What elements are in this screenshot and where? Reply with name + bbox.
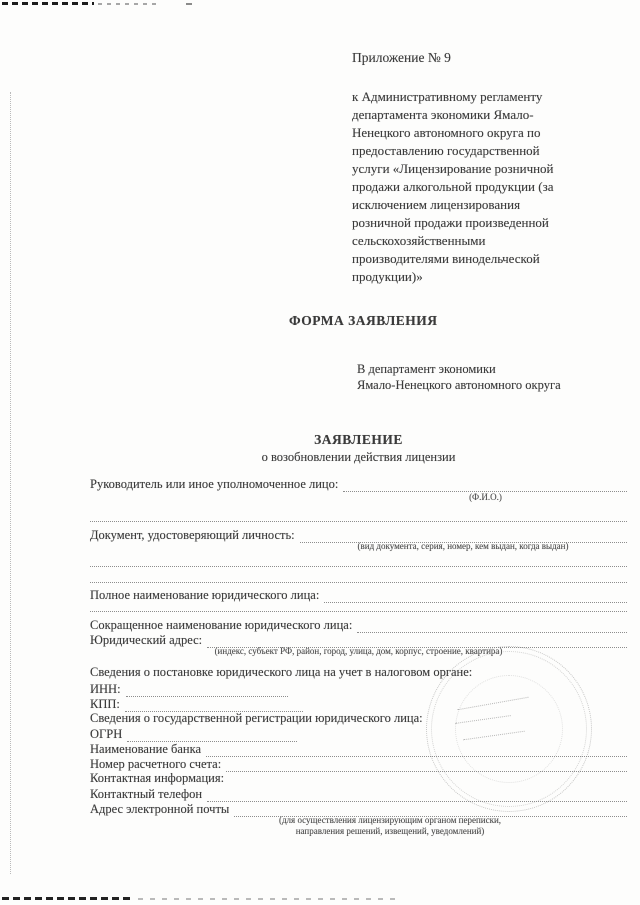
field-row-head: Руководитель или иное уполномоченное лиц… xyxy=(90,476,627,492)
addressee-block: В департамент экономики Ямало-Ненецкого … xyxy=(357,361,561,393)
head-field-label: Руководитель или иное уполномоченное лиц… xyxy=(90,477,343,492)
field-row-ogrn: ОГРН xyxy=(90,726,627,742)
head-field-blank xyxy=(343,477,627,492)
kpp-blank xyxy=(125,697,303,712)
phone-blank xyxy=(207,787,627,802)
head-field-continuation-line xyxy=(90,521,627,522)
kpp-label: КПП: xyxy=(90,697,125,712)
scan-artifact-top xyxy=(2,2,94,5)
bank-name-label: Наименование банка xyxy=(90,742,206,757)
ogrn-label: ОГРН xyxy=(90,727,127,742)
appendix-number-label: Приложение № 9 xyxy=(352,50,451,66)
field-row-phone: Контактный телефон xyxy=(90,786,627,802)
email-caption: (для осуществления лицензирующим органом… xyxy=(240,815,540,837)
identity-doc-caption: (вид документа, серия, номер, кем выдан,… xyxy=(300,541,626,552)
email-label: Адрес электронной почты xyxy=(90,802,234,817)
full-name-continuation-line xyxy=(90,611,627,612)
full-name-blank xyxy=(324,588,627,603)
account-number-blank xyxy=(226,757,627,772)
scan-artifact-top-dot xyxy=(186,3,192,5)
field-row-short-name: Сокращенное наименование юридического ли… xyxy=(90,617,627,633)
scanned-application-form-page: Приложение № 9 к Административному регла… xyxy=(0,0,640,905)
stamp-illegible-text-line xyxy=(455,715,511,724)
identity-doc-continuation-line-1 xyxy=(90,566,627,567)
account-number-label: Номер расчетного счета: xyxy=(90,757,226,772)
field-row-account-number: Номер расчетного счета: xyxy=(90,756,627,772)
phone-label: Контактный телефон xyxy=(90,787,207,802)
legal-address-caption: (индекс, субъект РФ, район, город, улица… xyxy=(90,646,627,657)
short-name-blank xyxy=(357,618,627,633)
identity-doc-label: Документ, удостоверяющий личность: xyxy=(90,528,300,543)
ogrn-blank xyxy=(127,727,297,742)
inn-label: ИНН: xyxy=(90,682,126,697)
scan-artifact-top-faint xyxy=(98,3,156,5)
head-field-caption: (Ф.И.О.) xyxy=(345,492,626,503)
field-row-full-name: Полное наименование юридического лица: xyxy=(90,587,627,603)
full-name-label: Полное наименование юридического лица: xyxy=(90,588,324,603)
appendix-reference-paragraph: к Административному регламенту департаме… xyxy=(352,88,624,286)
identity-doc-continuation-line-2 xyxy=(90,582,627,583)
field-row-bank-name: Наименование банка xyxy=(90,741,627,757)
state-registration-heading: Сведения о государственной регистрации ю… xyxy=(90,711,423,726)
field-row-kpp: КПП: xyxy=(90,696,627,712)
scan-artifact-bottom xyxy=(2,897,134,900)
scan-artifact-bottom-faint xyxy=(138,898,396,900)
tax-registration-heading: Сведения о постановке юридического лица … xyxy=(90,665,472,680)
form-section-label: ФОРМА ЗАЯВЛЕНИЯ xyxy=(289,313,438,329)
document-subtitle: о возобновлении действия лицензии xyxy=(90,450,627,465)
scan-artifact-left-edge xyxy=(10,92,11,874)
contact-info-heading: Контактная информация: xyxy=(90,771,224,786)
bank-name-blank xyxy=(206,742,627,757)
document-title: ЗАЯВЛЕНИЕ xyxy=(90,432,627,448)
inn-blank xyxy=(126,682,288,697)
short-name-label: Сокращенное наименование юридического ли… xyxy=(90,618,357,633)
field-row-inn: ИНН: xyxy=(90,681,627,697)
